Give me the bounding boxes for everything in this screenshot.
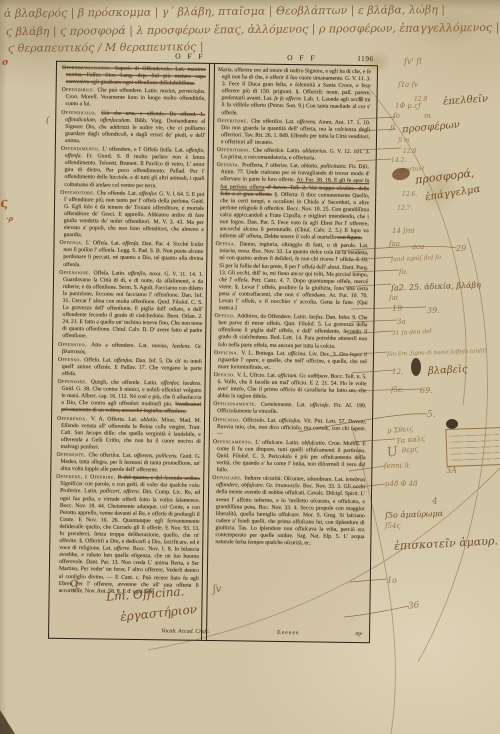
entry-headword: Offeſa. bbox=[215, 241, 239, 247]
entry-headword: Offenſivo. bbox=[58, 341, 91, 347]
entry-headword: Offenſione. bbox=[59, 269, 94, 275]
entry-text: officioſe. bbox=[310, 403, 330, 409]
entry-text: oblatio, pollicitatio. bbox=[301, 163, 347, 170]
margin-note: 1o bbox=[387, 576, 397, 585]
page-footer: Vocab. Accad. Cruſc. Eeeeee op- bbox=[49, 627, 369, 640]
entry-text: Din. Comp. Lic. Re, ed ogni ſua poſta, e… bbox=[59, 489, 200, 551]
entry-text: offenſus. bbox=[114, 357, 134, 363]
entry-text: offenſor, laedens. bbox=[161, 380, 202, 387]
margin-note: 31 ſa den del bbox=[392, 328, 432, 337]
entry-headword: Offuſcamento. bbox=[213, 439, 256, 446]
entry-text: obfuſcatio. bbox=[302, 440, 327, 446]
margin-note: βλαβεὶς bbox=[428, 364, 468, 377]
margin-note: ( bbox=[46, 116, 50, 126]
margin-note: 19 bbox=[392, 304, 402, 313]
margin-note: 12.8 bbox=[403, 148, 416, 155]
entry-headword: Offendimento. bbox=[61, 146, 102, 153]
entry-headword: Offerere, e Offerire. bbox=[56, 474, 118, 481]
entry-headword: Offeritorio. bbox=[217, 147, 253, 154]
entry-headword: Offerenda. bbox=[57, 415, 91, 421]
margin-note: 4 bbox=[432, 497, 438, 507]
margin-note: ſo. bbox=[399, 268, 408, 276]
dictionary-entry: Offendibile. Che può offendere. Latin. n… bbox=[61, 87, 205, 110]
entry-headword: Offenditore. bbox=[60, 189, 97, 196]
page-corner-damage bbox=[0, 710, 15, 734]
entry-text: Che può offendere. Latin. bbox=[97, 88, 160, 95]
margin-note: ſim Em..ſigno di nuovi ſoffeſa (anſiſ) bbox=[387, 348, 487, 357]
footer-signature-mark: Eeeeee bbox=[277, 630, 299, 636]
entry-headword: Offuſcare. bbox=[212, 475, 244, 481]
entry-text: G. V. l. 64. 5. E poi l' offenditore più… bbox=[64, 191, 205, 239]
entry-text: oblatorius. bbox=[302, 148, 327, 154]
boxed-margin-note bbox=[445, 427, 500, 467]
printed-text-block: O F F O F F 1196 Offendevoliſſimo. Super… bbox=[48, 61, 378, 643]
margin-note: 12.6. bbox=[402, 191, 417, 198]
entry-text: G. V. 11. 14. 1. Guardavano la Città di … bbox=[62, 271, 203, 340]
dictionary-entry: Officio. V. L. Uficio. Lat. officium. Gr… bbox=[213, 372, 366, 403]
dictionary-entry: Officina. V. L. Bottega. Lat. officina. … bbox=[214, 350, 367, 373]
margin-note: 3A bbox=[446, 466, 457, 475]
margin-note: ſai bbox=[389, 294, 398, 302]
entry-text: Che offende. Lat. bbox=[97, 190, 139, 197]
dictionary-entry: Offeſa. Danno, ingiuria, oltraggio di fa… bbox=[215, 241, 369, 314]
margin-note: προσφέρων bbox=[402, 120, 461, 136]
margin-note: ſ1a ſv bbox=[398, 81, 418, 89]
dictionary-entry: Offeritorio. Che offeriſce. Latin. oblat… bbox=[217, 147, 370, 163]
margin-note: μ48 Φ 48 bbox=[385, 480, 418, 488]
red-margin-mark: ·ρ bbox=[6, 214, 13, 223]
margin-note: 36 bbox=[408, 600, 420, 611]
margin-note: Τα καλϛ bbox=[396, 434, 426, 445]
margin-note: ſaa bbox=[389, 240, 400, 248]
margin-note: aca bbox=[412, 243, 424, 251]
entry-text: officioſus. bbox=[279, 417, 302, 423]
right-column: Maria, offerere oro ad onore di noſtro S… bbox=[210, 67, 371, 627]
margin-note: 69. bbox=[420, 386, 433, 395]
entry-text: Fr. Giord. S. Il molto parlare non è ſen… bbox=[64, 153, 204, 188]
entry-headword: Offerta. bbox=[217, 162, 242, 168]
red-margin-mark: ς bbox=[0, 195, 9, 211]
entry-text: Cron. Morell. Veramente ſono in luogo mo… bbox=[65, 94, 205, 107]
entry-text: V. L. Bottega. Lat. bbox=[241, 350, 288, 357]
margin-note: 29 bbox=[456, 244, 466, 253]
entry-headword: Offendevoliſſimo. bbox=[62, 65, 115, 72]
entry-text: L' offuſcare. Latin. bbox=[255, 439, 301, 446]
page-number: 1196 bbox=[357, 54, 374, 63]
entry-text: Officioſo. Lat. bbox=[243, 417, 279, 423]
dictionary-entry: Maria, offerere oro ad onore di noſtro S… bbox=[217, 67, 371, 119]
entry-text: polliceri, offerre. bbox=[100, 489, 140, 496]
entry-headword: Offenſa. bbox=[59, 240, 85, 246]
entry-text: L' offendere, e l' Offeſa ſteſſa. Lat. bbox=[102, 146, 186, 153]
margin-note: 39. bbox=[427, 306, 440, 315]
margin-note: ſ5ο ἀμαύρωμα bbox=[385, 509, 443, 520]
margin-note: 5. bbox=[427, 410, 436, 420]
red-margin-mark: σ bbox=[2, 58, 9, 68]
entry-text: offerens, pollicens. bbox=[134, 453, 178, 460]
margin-note: ſv' ſi bbox=[404, 57, 422, 66]
margin-note: ſi bbox=[390, 124, 395, 132]
entry-text: offenſor. bbox=[139, 191, 158, 197]
footer-catchword: op- bbox=[355, 631, 363, 637]
entry-text: officium. bbox=[278, 373, 298, 379]
entry-text: ſe ſe offerre. bbox=[274, 96, 302, 102]
entry-text: officina. bbox=[288, 351, 307, 357]
entry-headword: Offenſore. bbox=[58, 379, 91, 385]
dictionary-entry: Offerente. Che offeriſce. Lat. offerens,… bbox=[56, 452, 200, 475]
dictionary-entry: Offeritore. Che offeriſce. Lat. offerens… bbox=[217, 118, 370, 149]
margin-note: m. bbox=[424, 112, 433, 120]
entry-text: offendiculum, offenſaculum. bbox=[65, 117, 131, 124]
dictionary-entry: Offuſcare. Indurre oſcurità: Oſcurare, a… bbox=[211, 475, 365, 548]
entry-text: oblatio. bbox=[140, 416, 158, 422]
margin-note: ſi m bbox=[398, 137, 410, 144]
dictionary-entry: Offerenda. V. A. Offerta. Lat. oblatio. … bbox=[57, 415, 201, 452]
dictionary-entry: Offenſa. L' Offeſa. Lat. offenſa. Dan. P… bbox=[59, 240, 203, 270]
entry-text: Atto a offendere. Lat. bbox=[91, 342, 152, 349]
margin-note: ſand agniſ deſ ſo. bbox=[391, 254, 443, 264]
margin-note: ἐπισκοτεῖν ἀμαυρ. bbox=[394, 534, 498, 552]
margin-note: 12. bbox=[392, 368, 403, 376]
entry-text: Che offeriſce. Latin. bbox=[253, 148, 303, 155]
margin-note: p Σθειϛ bbox=[387, 425, 414, 435]
entry-text: Offeſa. Latin. bbox=[94, 270, 128, 276]
entry-text: V. L. Uficio. Lat. bbox=[237, 372, 278, 379]
scanned-dictionary-page: { "ink": {"paper":"#d2c5a6","print":"#2e… bbox=[0, 0, 500, 734]
margin-note: 14 ſmi bbox=[392, 227, 415, 235]
margin-note: ſa2. 25. ἀδικία, βλάβη bbox=[391, 280, 481, 292]
entry-text: iniuria, noxa. bbox=[219, 248, 250, 254]
entry-text: V. A. Offerta. Lat. bbox=[91, 416, 141, 423]
entry-text: Profferta, l' offerire. Lat. bbox=[242, 163, 301, 170]
margin-note: ſ54ς bbox=[385, 522, 400, 530]
dictionary-entry: Offenſione. Offeſa. Latin. offenſio, nox… bbox=[58, 269, 203, 342]
dictionary-entry: Offendimento. L' offendere, e l' Offeſa … bbox=[60, 146, 205, 191]
entry-text: Offeſo. Lat. bbox=[84, 357, 114, 363]
dictionary-entry: Officioſo. Officioſo. Lat. officioſus. V… bbox=[213, 417, 366, 440]
bottom-annotation: ʃv bbox=[212, 584, 221, 596]
margin-note: 14.2. bbox=[391, 157, 406, 164]
dictionary-entry: Offuſcamento. L' offuſcare. Latin. obfuſ… bbox=[212, 439, 365, 477]
margin-note: 12.7. bbox=[397, 205, 412, 212]
entry-headword: Offeſo. bbox=[214, 313, 237, 319]
margin-note: ἐπελθεῖν bbox=[443, 93, 489, 107]
top-annotation-line: ϛ βλάβη | ϛ προσφορά | λ προσφέρων ἔπαϛ,… bbox=[6, 21, 499, 38]
dictionary-entry: Offenſo. Offeſo. Lat. offenſus. Dan. Inf… bbox=[58, 357, 202, 380]
entry-headword: Officio. bbox=[214, 372, 237, 378]
dictionary-entry: Offendicolo. Ciò che urta, e offende. Da… bbox=[61, 109, 205, 146]
entry-text: Boc. Nov. 33. La quanto dolce coſa ſia l… bbox=[219, 249, 369, 312]
entry-text: offerens. bbox=[297, 119, 317, 125]
entry-text: Che offeriſce. Lat. bbox=[251, 118, 297, 125]
left-column: Offendevoliſſimo. Superl. di Offendevole… bbox=[54, 65, 206, 625]
entry-text: noxius, laedens. bbox=[152, 343, 191, 350]
margin-note: 1Φ μ.ϛſ bbox=[395, 102, 421, 110]
entry-text: §. Offerta: ſi dice comunemente Quello, … bbox=[220, 191, 370, 240]
entry-text: noxius, pernicioſus. bbox=[160, 89, 206, 96]
dictionary-entry: Offendevoliſſimo. Superl. di Offendevole… bbox=[62, 65, 206, 88]
entry-text: Quegli, che offende. Latin. bbox=[91, 379, 161, 386]
margin-note: ſo bbox=[393, 112, 400, 120]
entry-headword: Offendicolo. bbox=[61, 109, 101, 116]
entry-headword: Offenſo. bbox=[58, 357, 84, 363]
entry-text: laeſus. bbox=[309, 315, 324, 321]
entry-text: L' Offeſa. Lat. bbox=[86, 240, 123, 247]
dictionary-entry: Offenſore. Quegli, che offende. Latin. o… bbox=[57, 379, 201, 416]
running-head-right: O F F bbox=[287, 53, 317, 62]
entry-text: Gr. ἐπισκοτεῖν. Boc. Nov. 33. 3. Gli occ… bbox=[215, 483, 365, 546]
entry-headword: Offendibile. bbox=[62, 87, 98, 93]
entry-text: Additivo, da Offendere. Latin. bbox=[237, 314, 309, 321]
entry-headword: Officioſamente. bbox=[213, 401, 261, 408]
entry-text: offerre. bbox=[114, 546, 131, 552]
dictionary-entry: Offenſivo. Atto a offendere. Lat. noxius… bbox=[58, 341, 202, 357]
margin-note: ἐπάγγελμα bbox=[424, 184, 481, 204]
top-annotation-line: ϛ θεραπευτικός / Μ θεραπευτικός | bbox=[8, 40, 204, 55]
entry-headword: Offerente. bbox=[57, 452, 89, 458]
margin-note: ſenni 9. bbox=[384, 462, 411, 470]
margin-note: ſ5ε. bbox=[391, 386, 404, 394]
margin-note: θεμϛ bbox=[402, 445, 419, 455]
entry-headword: Officina. bbox=[214, 350, 241, 356]
dictionary-entry: Officioſamente. Corteſemente. Lat. offic… bbox=[213, 401, 366, 417]
dictionary-entry: Offerta. Profferta, l' offerire. Lat. ob… bbox=[216, 162, 370, 242]
entry-headword: Officioſo. bbox=[213, 417, 243, 423]
entry-text: con figura. bbox=[336, 235, 362, 241]
dictionary-entry: Offenditore. Che offende. Lat. offenſor.… bbox=[60, 189, 205, 241]
entry-text: Che offeriſce. Lat. bbox=[88, 452, 134, 459]
entry-headword: Offeritore. bbox=[217, 118, 251, 124]
footer-imprint: Vocab. Accad. Cruſc. bbox=[161, 628, 210, 635]
margin-note: U bbox=[386, 444, 399, 461]
entry-text: Corteſemente. Lat. bbox=[261, 402, 310, 409]
entry-text: offenſa. bbox=[122, 241, 139, 247]
top-annotation-line: ἀ βλαβερός | β πρόσκομμα | γ΄ βλάβη, πτα… bbox=[4, 3, 445, 20]
dictionary-entry: Offeſo. Additivo, da Offendere. Latin. l… bbox=[214, 313, 367, 351]
entry-text: offenſio, noxa. bbox=[128, 270, 162, 276]
margin-note: 3a bbox=[397, 318, 406, 326]
